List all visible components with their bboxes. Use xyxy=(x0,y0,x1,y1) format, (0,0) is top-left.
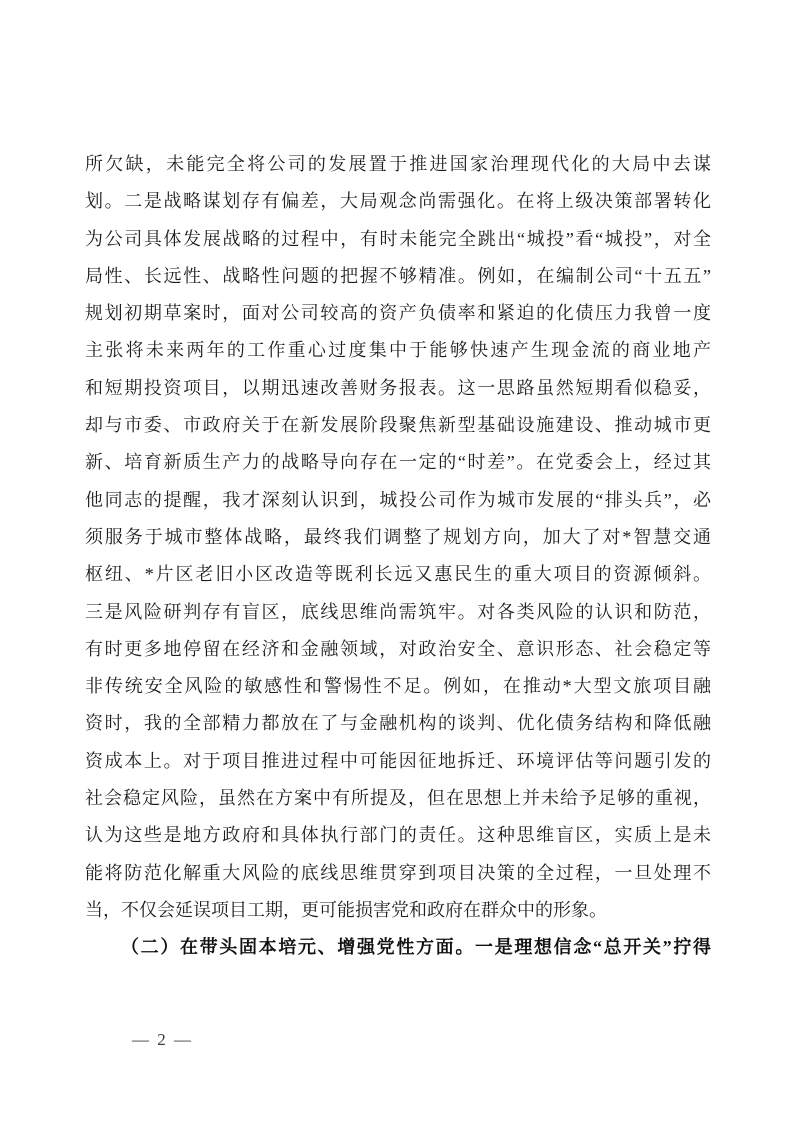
body-text-line: 和短期投资项目，以期迅速改善财务报表。这一思路虽然短期看似稳妥， xyxy=(85,370,711,407)
body-text-line: 有时更多地停留在经济和金融领域，对政治安全、意识形态、社会稳定等 xyxy=(85,631,711,668)
body-text-line: 新、培育新质生产力的战略导向存在一定的“时差”。在党委会上，经过其 xyxy=(85,444,711,481)
body-text-line: 划。二是战略谋划存有偏差，大局观念尚需强化。在将上级决策部署转化 xyxy=(85,183,711,220)
body-text-line: 当，不仅会延误项目工期，更可能损害党和政府在群众中的形象。 xyxy=(85,892,711,929)
body-text-line: 他同志的提醒，我才深刻认识到，城投公司作为城市发展的“排头兵”，必 xyxy=(85,482,711,519)
body-text-line: 却与市委、市政府关于在新发展阶段聚焦新型基础设施建设、推动城市更 xyxy=(85,407,711,444)
body-text-line: 资时，我的全部精力都放在了与金融机构的谈判、优化债务结构和降低融 xyxy=(85,705,711,742)
document-page: 所欠缺，未能完全将公司的发展置于推进国家治理现代化的大局中去谋 划。二是战略谋划… xyxy=(0,0,793,1122)
body-text-line: 主张将未来两年的工作重心过度集中于能够快速产生现金流的商业地产 xyxy=(85,332,711,369)
body-text-line: 须服务于城市整体战略，最终我们调整了规划方向，加大了对*智慧交通 xyxy=(85,519,711,556)
body-text-line: 认为这些是地方政府和具体执行部门的责任。这种思维盲区，实质上是未 xyxy=(85,817,711,854)
body-text-line: 社会稳定风险，虽然在方案中有所提及，但在思想上并未给予足够的重视， xyxy=(85,780,711,817)
body-text-line: 所欠缺，未能完全将公司的发展置于推进国家治理现代化的大局中去谋 xyxy=(85,146,711,183)
body-text-block: 所欠缺，未能完全将公司的发展置于推进国家治理现代化的大局中去谋 划。二是战略谋划… xyxy=(85,146,711,967)
body-text-line: 三是风险研判存有盲区，底线思维尚需筑牢。对各类风险的认识和防范， xyxy=(85,594,711,631)
body-text-line: 为公司具体发展战略的过程中，有时未能完全跳出“城投”看“城投”，对全 xyxy=(85,221,711,258)
body-text-line: 规划初期草案时，面对公司较高的资产负债率和紧迫的化债压力我曾一度 xyxy=(85,295,711,332)
body-text-line: 非传统安全风险的敏感性和警惕性不足。例如，在推动*大型文旅项目融 xyxy=(85,668,711,705)
body-text-line: 局性、长远性、战略性问题的把握不够精准。例如，在编制公司“十五五” xyxy=(85,258,711,295)
section-heading-line: （二）在带头固本培元、增强党性方面。一是理想信念“总开关”拧得 xyxy=(85,929,711,966)
body-text-line: 枢纽、*片区老旧小区改造等既利长远又惠民生的重大项目的资源倾斜。 xyxy=(85,556,711,593)
body-text-line: 能将防范化解重大风险的底线思维贯穿到项目决策的全过程，一旦处理不 xyxy=(85,855,711,892)
body-text-line: 资成本上。对于项目推进过程中可能因征地拆迁、环境评估等问题引发的 xyxy=(85,743,711,780)
page-number: — 2 — xyxy=(132,1030,193,1050)
